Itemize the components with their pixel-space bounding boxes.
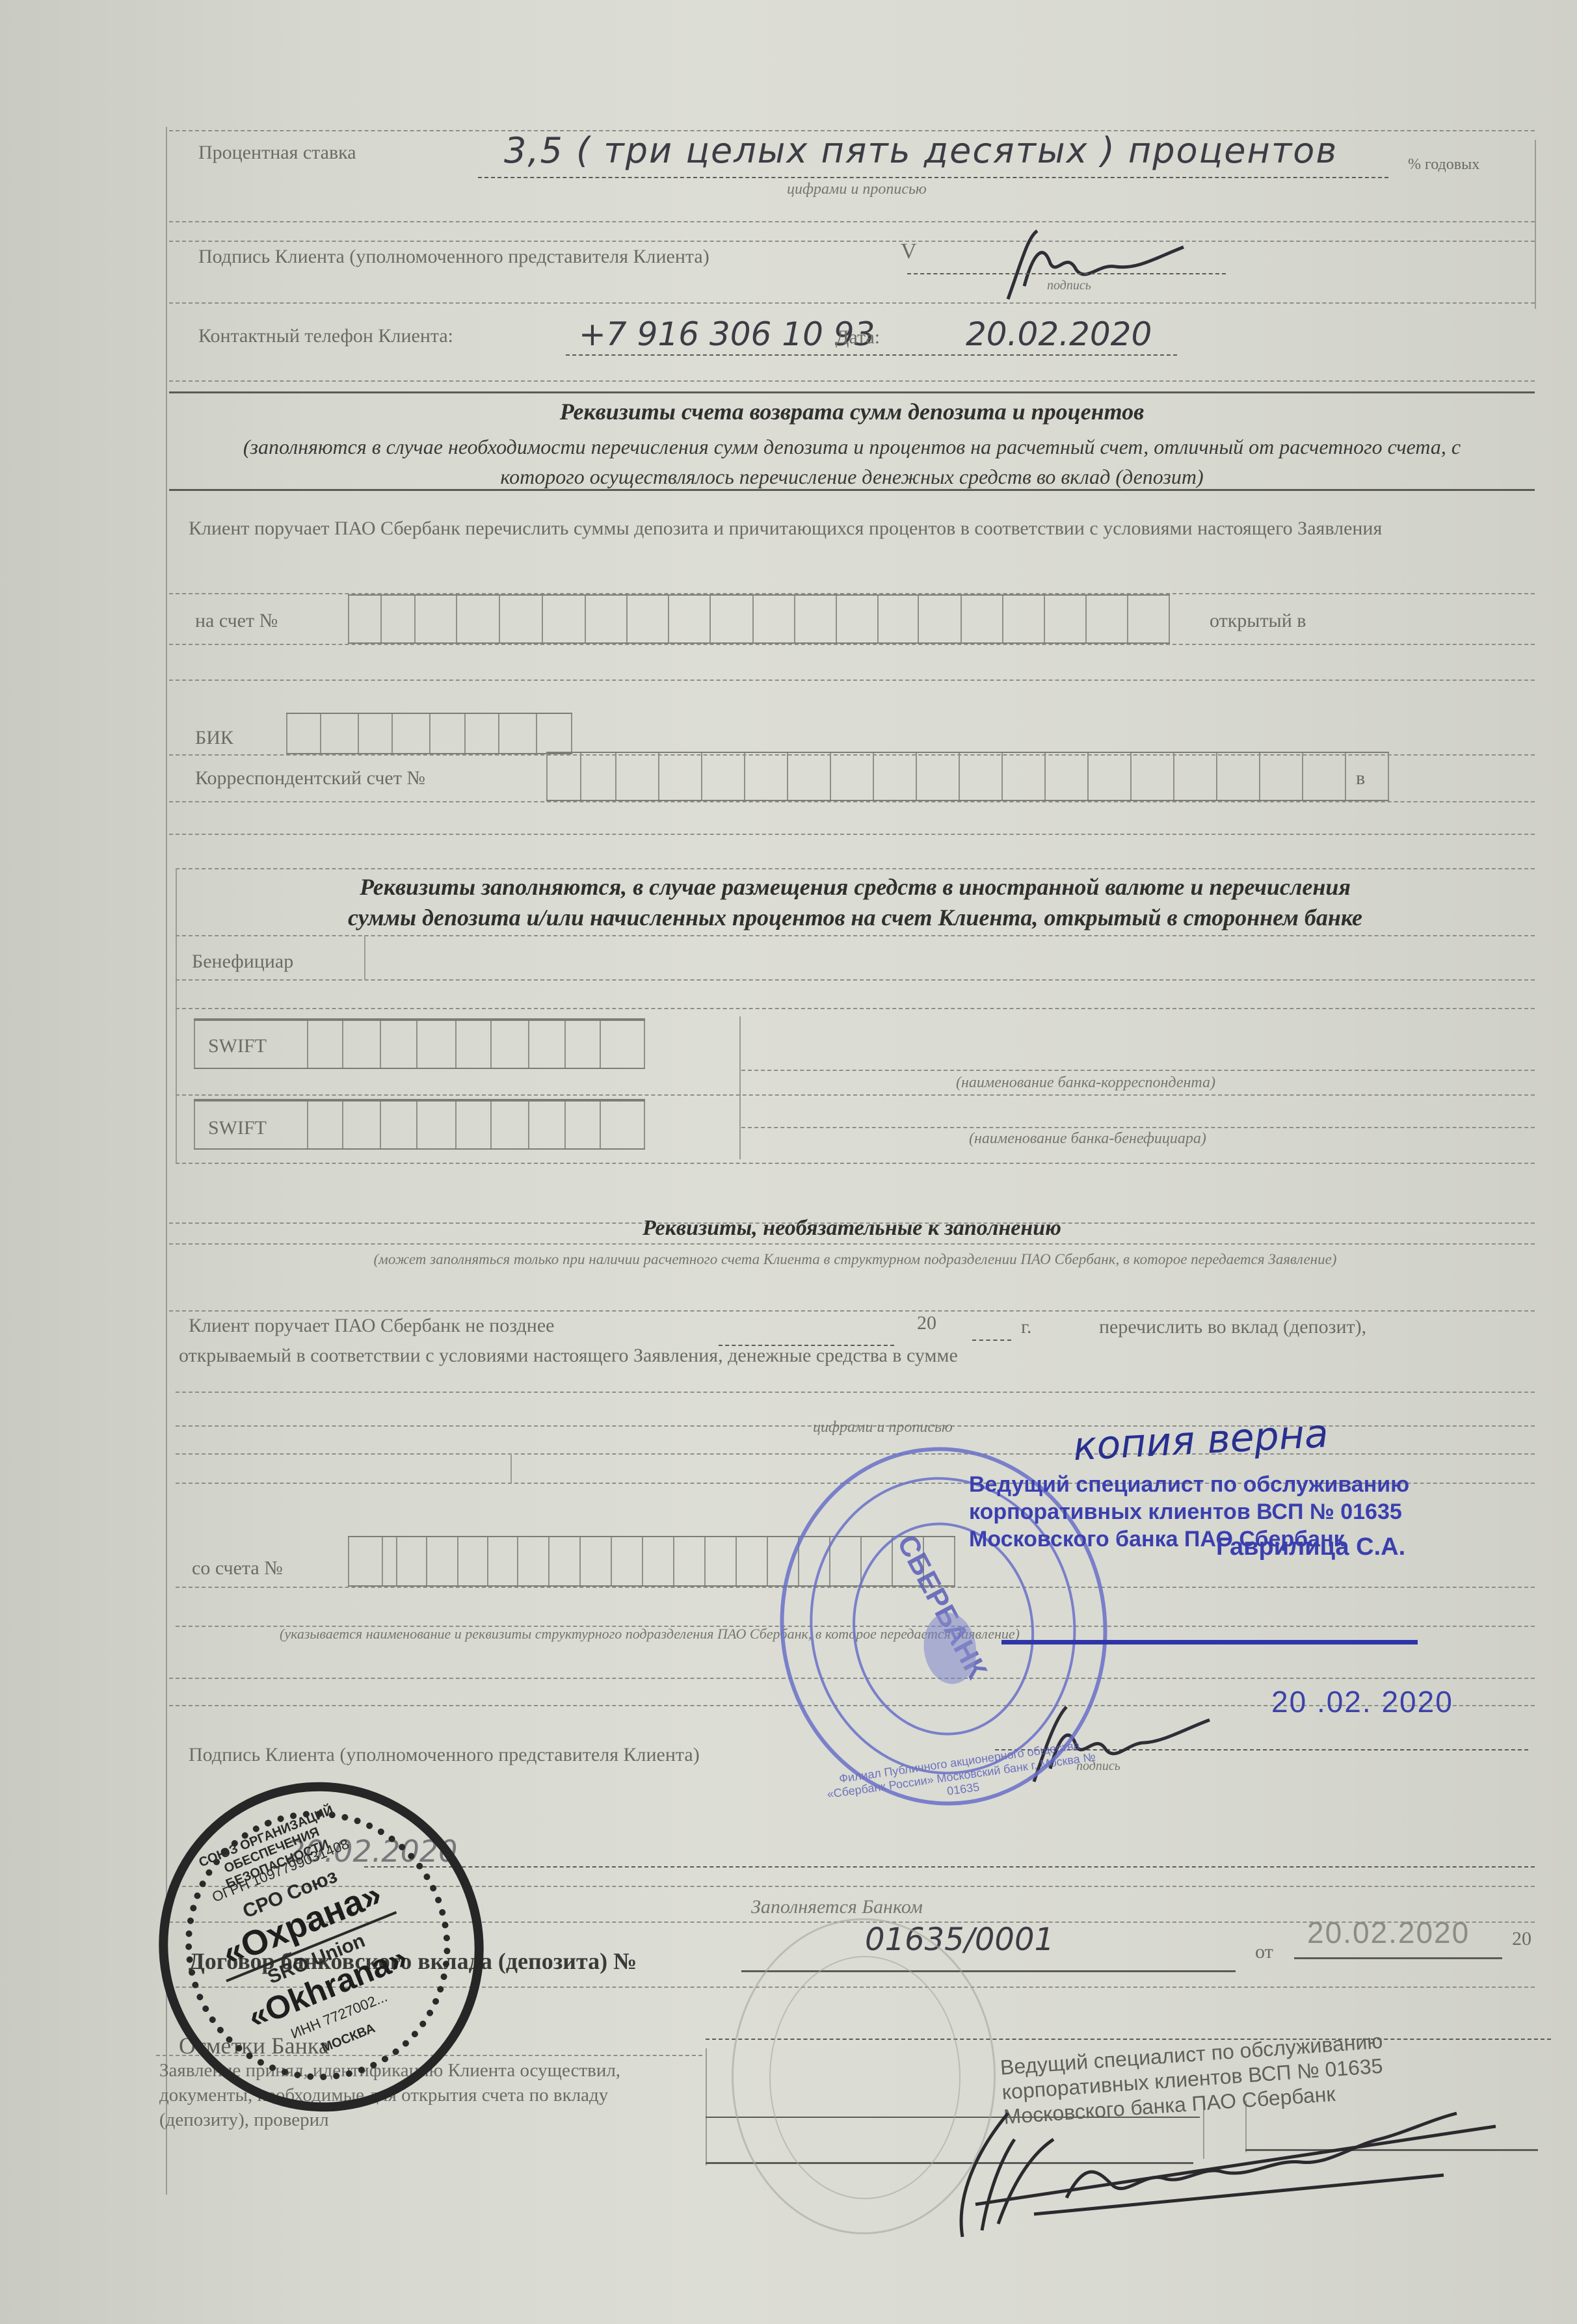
swift-separator [739, 1016, 741, 1159]
refund-account-cells[interactable] [348, 594, 1170, 644]
interest-rate-value[interactable]: 3,5 ( три целых пять десятых ) процентов [504, 130, 1338, 171]
divider [176, 868, 1535, 869]
optional-instruction-line2: открываемый в соответствии с условиями н… [179, 1345, 958, 1367]
blue-strike-line [1001, 1640, 1418, 1644]
from-label: от [1255, 1941, 1273, 1963]
blue-stamp-line-1: Ведущий специалист по обслуживанию [969, 1471, 1409, 1498]
interest-rate-suffix: % годовых [1408, 156, 1479, 174]
signature-mark: V [901, 239, 917, 264]
client-signature-scribble[interactable] [988, 224, 1210, 309]
from-account-label: со счета № [192, 1557, 283, 1579]
section-divider [169, 489, 1535, 491]
divider [169, 644, 1535, 645]
swift1-label: SWIFT [208, 1035, 267, 1057]
year-suffix: г. [1021, 1316, 1031, 1338]
divider [741, 1127, 1535, 1128]
swift1-caption: (наименование банка-корреспондента) [956, 1074, 1215, 1092]
divider [169, 1243, 1535, 1245]
bik-label: БИК [195, 727, 233, 749]
refund-section-subtitle: (заполняются в случае необходимости пере… [215, 432, 1489, 492]
foreign-title-line1: Реквизиты заполняются, в случае размещен… [176, 873, 1535, 901]
divider [169, 380, 1535, 382]
optional-section-subtitle: (может заполняться только при наличии ра… [176, 1247, 1535, 1272]
amount-separator [510, 1453, 512, 1483]
corr-account-label: Корреспондентский счет № [195, 767, 425, 789]
section-divider [169, 391, 1535, 393]
contract-date-underline [1294, 1957, 1502, 1959]
optional-signature-label: Подпись Клиента (уполномоченного предста… [189, 1744, 700, 1766]
client-signature-caption: подпись [1047, 278, 1091, 293]
opened-in-label: открытый в [1210, 610, 1306, 632]
divider [169, 221, 1535, 222]
contact-underline [566, 354, 1177, 356]
refund-section-title: Реквизиты счета возврата сумм депозита и… [169, 398, 1535, 425]
blue-stamp-line-2: корпоративных клиентов ВСП № 01635 [969, 1498, 1409, 1525]
corr-in-label: в [1356, 767, 1365, 789]
interest-rate-underline [478, 177, 1388, 178]
divider [176, 979, 1535, 981]
swift2-caption: (наименование банка-бенефициара) [969, 1130, 1206, 1148]
swift2-label: SWIFT [208, 1117, 267, 1139]
optional-section-title: Реквизиты, необязательные к заполнению [169, 1216, 1535, 1241]
phone-label: Контактный телефон Клиента: [198, 325, 453, 347]
bank-marks-separator [706, 2048, 707, 2165]
divider [176, 1008, 1535, 1009]
phone-value[interactable]: +7 916 306 10 93 [579, 315, 875, 353]
divider [169, 302, 1535, 304]
bik-cells[interactable] [286, 713, 572, 754]
corr-account-cells[interactable] [546, 752, 1389, 801]
divider [169, 834, 1535, 835]
divider [169, 241, 1535, 242]
refund-instruction: Клиент поручает ПАО Сбербанк перечислить… [189, 514, 1522, 544]
divider [176, 1453, 1535, 1455]
beneficiary-label: Бенефициар [192, 951, 293, 973]
bank-employee-signature [936, 2100, 1509, 2250]
beneficiary-separator [364, 935, 365, 979]
divider [176, 1392, 1535, 1393]
interest-rate-caption: цифрами и прописью [787, 181, 927, 198]
amount-field[interactable] [179, 1395, 1531, 1424]
date-label: Дата: [836, 326, 880, 349]
contract-date[interactable]: 20.02.2020 [1307, 1915, 1470, 1950]
filled-by-bank: Заполняется Банком [751, 1896, 923, 1918]
divider [364, 1866, 1535, 1868]
form-left-border [166, 127, 167, 2195]
refund-account-label: на счет № [195, 610, 278, 632]
foreign-title-line2: суммы депозита и/или начисленных процент… [176, 904, 1535, 931]
signature-underline [907, 273, 1226, 274]
divider [741, 1070, 1535, 1071]
contract-year-suffix: 20 [1512, 1928, 1531, 1950]
optional-instruction-part1: Клиент поручает ПАО Сбербанк не позднее [189, 1315, 554, 1337]
date-value[interactable]: 20.02.2020 [966, 315, 1152, 353]
divider [169, 801, 1535, 802]
year-blank[interactable] [972, 1340, 1011, 1341]
interest-rate-label: Процентная ставка [198, 142, 356, 164]
optional-instruction-part2: перечислить во вклад (депозит), [1099, 1316, 1366, 1338]
beneficiary-field[interactable] [367, 936, 1531, 978]
blue-name-stamp: Гаврилица С.А. [1216, 1533, 1405, 1561]
client-signature-label: Подпись Клиента (уполномоченного предста… [198, 246, 709, 268]
form-right-border [1535, 140, 1536, 309]
divider [176, 1094, 1535, 1096]
year-prefix: 20 [917, 1312, 936, 1334]
blue-date-stamp: 20 .02. 2020 [1271, 1684, 1453, 1719]
divider [176, 1163, 1535, 1164]
divider [169, 680, 1535, 681]
divider [169, 1310, 1535, 1312]
